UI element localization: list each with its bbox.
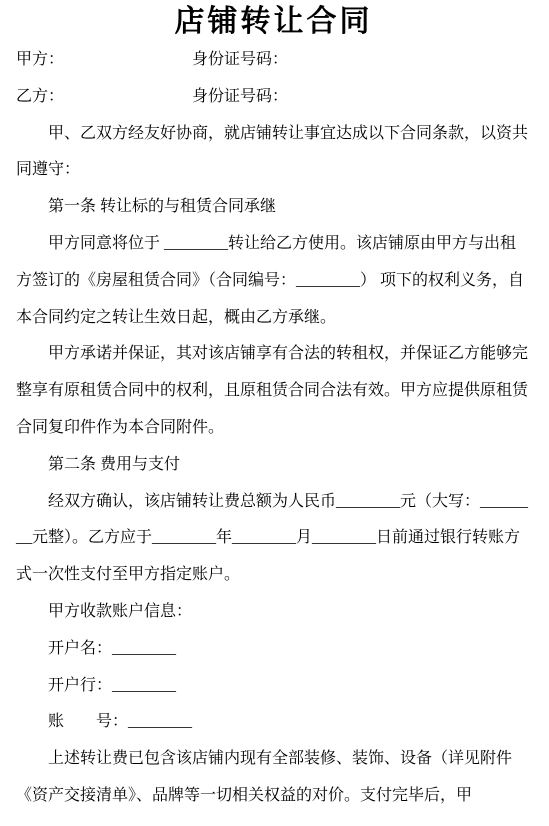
contract-body: 甲、乙双方经友好协商，就店铺转让事宜达成以下合同条款，以资共同遵守：第一条 转让…	[16, 116, 531, 815]
account-name-line: 开户名：________	[16, 631, 531, 668]
article-2-clause-1: 经双方确认，该店铺转让费总额为人民币________元（大写：________元…	[16, 484, 531, 594]
intro-paragraph: 甲、乙双方经友好协商，就店铺转让事宜达成以下合同条款，以资共同遵守：	[16, 116, 531, 190]
party-line: 乙方：身份证号码：	[16, 79, 531, 116]
party-line: 甲方：身份证号码：	[16, 42, 531, 79]
article-1-clause-2: 甲方承诺并保证，其对该店铺享有合法的转租权，并保证乙方能够完整享有原租赁合同中的…	[16, 336, 531, 446]
party-label: 甲方：	[16, 42, 192, 79]
article-2-heading: 第二条 费用与支付	[16, 447, 531, 484]
party-id-label: 身份证号码：	[192, 51, 288, 68]
document-title: 店铺转让合同	[16, 2, 531, 42]
contract-document: 店铺转让合同 甲方：身份证号码：乙方：身份证号码： 甲、乙双方经友好协商，就店铺…	[0, 0, 549, 826]
account-bank-line: 开户行：________	[16, 668, 531, 705]
account-number-line: 账 号：________	[16, 704, 531, 741]
article-1-heading: 第一条 转让标的与租赁合同承继	[16, 189, 531, 226]
party-id-label: 身份证号码：	[192, 88, 288, 105]
party-section: 甲方：身份证号码：乙方：身份证号码：	[16, 42, 531, 116]
account-info-heading: 甲方收款账户信息：	[16, 594, 531, 631]
article-1-clause-1: 甲方同意将位于 ________转让给乙方使用。该店铺原由甲方与出租方签订的《房…	[16, 226, 531, 336]
party-label: 乙方：	[16, 79, 192, 116]
article-2-clause-2: 上述转让费已包含该店铺内现有全部装修、装饰、设备（详见附件《资产交接清单》、品牌…	[16, 741, 531, 815]
